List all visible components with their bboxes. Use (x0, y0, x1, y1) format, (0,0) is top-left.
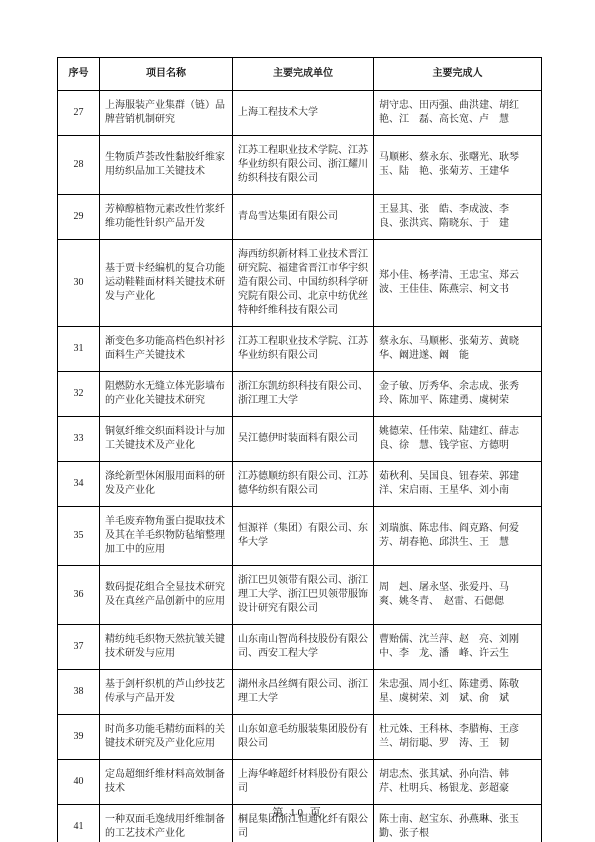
table-row: 40定岛超细纤维材料高效制备技术上海华峰超纤材料股份有限公司胡忠杰、张其斌、孙向… (58, 760, 542, 805)
cell-no: 29 (58, 195, 100, 240)
cell-project: 羊毛废弃物角蛋白提取技术及其在羊毛织物防毡缩整理加工中的应用 (100, 507, 233, 566)
table-row: 32阻燃防水无缝立体光影墙布的产业化关键技术研究浙江东凯纺织科技有限公司、浙江理… (58, 372, 542, 417)
cell-people: 蔡永东、马顺彬、张菊芳、黄晓华、阚进遂、阚 能 (374, 327, 542, 372)
cell-project: 生物质芦荟改性黏胶纤维家用纺织品加工关键技术 (100, 136, 233, 195)
cell-units: 山东如意毛纺服装集团股份有限公司 (233, 715, 374, 760)
table-body: 27上海服装产业集群（链）品牌营销机制研究上海工程技术大学胡守忠、田丙强、曲洪建… (58, 91, 542, 842)
table-row: 36数码提花组合全显技术研究及在真丝产品创新中的应用浙江巴贝领带有限公司、浙江理… (58, 566, 542, 625)
table-row: 39时尚多功能毛精纺面料的关键技术研究及产业化应用山东如意毛纺服装集团股份有限公… (58, 715, 542, 760)
page-number: 第 10 页 (0, 804, 595, 820)
document-page: 序号 项目名称 主要完成单位 主要完成人 27上海服装产业集群（链）品牌营销机制… (0, 0, 595, 842)
cell-units: 湖州永昌丝绸有限公司、浙江理工大学 (233, 670, 374, 715)
cell-project: 芳樟醇植物元素改性竹浆纤维功能性针织产品开发 (100, 195, 233, 240)
cell-project: 时尚多功能毛精纺面料的关键技术研究及产业化应用 (100, 715, 233, 760)
cell-no: 35 (58, 507, 100, 566)
cell-people: 刘瑞旗、陈忠伟、阎克路、何爱芳、胡春艳、邱洪生、王 慧 (374, 507, 542, 566)
cell-project: 精纺纯毛织物天然抗皱关键技术研发与应用 (100, 625, 233, 670)
cell-no: 31 (58, 327, 100, 372)
cell-no: 40 (58, 760, 100, 805)
cell-people: 王显其、张 皓、李成波、李 良、张洪宾、隋晓东、于 建 (374, 195, 542, 240)
cell-people: 胡忠杰、张其斌、孙向浩、韩 芹、杜明兵、杨银龙、彭超豪 (374, 760, 542, 805)
cell-units: 海西纺织新材料工业技术晋江研究院、福建省晋江市华宇织造有限公司、中国纺织科学研究… (233, 240, 374, 327)
cell-no: 38 (58, 670, 100, 715)
cell-people: 胡守忠、田丙强、曲洪建、胡红艳、江 磊、高长宽、卢 慧 (374, 91, 542, 136)
cell-people: 杜元姝、王科林、李腊梅、王彦兰、胡衍聪、罗 涛、王 韧 (374, 715, 542, 760)
cell-project: 上海服装产业集群（链）品牌营销机制研究 (100, 91, 233, 136)
col-header-project: 项目名称 (100, 58, 233, 91)
table-row: 38基于剑杆织机的芦山纱技艺传承与产品开发湖州永昌丝绸有限公司、浙江理工大学朱忠… (58, 670, 542, 715)
cell-people: 马顺彬、蔡永东、张曙光、耿琴玉、陆 艳、张菊芳、王建华 (374, 136, 542, 195)
cell-units: 吴江德伊时装面料有限公司 (233, 417, 374, 462)
cell-units: 江苏工程职业技术学院、江苏华业纺织有限公司 (233, 327, 374, 372)
table-row: 37精纺纯毛织物天然抗皱关键技术研发与应用山东南山智尚科技股份有限公司、西安工程… (58, 625, 542, 670)
cell-no: 36 (58, 566, 100, 625)
cell-project: 涤纶新型休闲服用面料的研发及产业化 (100, 462, 233, 507)
cell-units: 青岛雪达集团有限公司 (233, 195, 374, 240)
cell-people: 郑小佳、杨孝清、王忠宝、郑云波、王佳佳、陈燕宗、柯文书 (374, 240, 542, 327)
cell-units: 山东南山智尚科技股份有限公司、西安工程大学 (233, 625, 374, 670)
cell-people: 曹贻儒、沈兰萍、赵 亮、刘刚中、李 龙、潘 峰、许云生 (374, 625, 542, 670)
cell-no: 30 (58, 240, 100, 327)
table-row: 30基于贾卡经编机的复合功能运动鞋鞋面材料关键技术研发与产业化海西纺织新材料工业… (58, 240, 542, 327)
table-row: 33铜氨纤维交织面料设计与加工关键技术及产业化吴江德伊时装面料有限公司姚德荣、任… (58, 417, 542, 462)
cell-project: 数码提花组合全显技术研究及在真丝产品创新中的应用 (100, 566, 233, 625)
cell-units: 上海工程技术大学 (233, 91, 374, 136)
cell-no: 37 (58, 625, 100, 670)
table-row: 29芳樟醇植物元素改性竹浆纤维功能性针织产品开发青岛雪达集团有限公司王显其、张 … (58, 195, 542, 240)
col-header-units: 主要完成单位 (233, 58, 374, 91)
cell-people: 茹秋利、吴国良、钮春荣、郭建洋、宋启雨、王星华、刘小南 (374, 462, 542, 507)
table-row: 34涤纶新型休闲服用面料的研发及产业化江苏德顺纺织有限公司、江苏德华纺织有限公司… (58, 462, 542, 507)
awards-table: 序号 项目名称 主要完成单位 主要完成人 27上海服装产业集群（链）品牌营销机制… (57, 57, 542, 842)
table-row: 27上海服装产业集群（链）品牌营销机制研究上海工程技术大学胡守忠、田丙强、曲洪建… (58, 91, 542, 136)
cell-project: 铜氨纤维交织面料设计与加工关键技术及产业化 (100, 417, 233, 462)
table-row: 28生物质芦荟改性黏胶纤维家用纺织品加工关键技术江苏工程职业技术学院、江苏华业纺… (58, 136, 542, 195)
cell-no: 33 (58, 417, 100, 462)
cell-no: 32 (58, 372, 100, 417)
col-header-people: 主要完成人 (374, 58, 542, 91)
table-header-row: 序号 项目名称 主要完成单位 主要完成人 (58, 58, 542, 91)
cell-people: 姚德荣、任伟荣、陆建红、薛志良、徐 慧、钱学宦、方德明 (374, 417, 542, 462)
cell-people: 金子敏、厉秀华、余志成、张秀玲、陈加平、陈建勇、虞树荣 (374, 372, 542, 417)
cell-no: 28 (58, 136, 100, 195)
cell-people: 朱忠强、周小红、陈建勇、陈敬星、虞树荣、刘 斌、俞 斌 (374, 670, 542, 715)
cell-units: 浙江东凯纺织科技有限公司、浙江理工大学 (233, 372, 374, 417)
cell-no: 34 (58, 462, 100, 507)
cell-no: 39 (58, 715, 100, 760)
cell-project: 定岛超细纤维材料高效制备技术 (100, 760, 233, 805)
cell-units: 恒源祥（集团）有限公司、东华大学 (233, 507, 374, 566)
cell-no: 27 (58, 91, 100, 136)
cell-project: 基于剑杆织机的芦山纱技艺传承与产品开发 (100, 670, 233, 715)
cell-units: 江苏德顺纺织有限公司、江苏德华纺织有限公司 (233, 462, 374, 507)
table-row: 31渐变色多功能高档色织衬衫面料生产关键技术江苏工程职业技术学院、江苏华业纺织有… (58, 327, 542, 372)
cell-units: 浙江巴贝领带有限公司、浙江理工大学、浙江巴贝领带服饰设计研究有限公司 (233, 566, 374, 625)
cell-units: 江苏工程职业技术学院、江苏华业纺织有限公司、浙江耀川纺织科技有限公司 (233, 136, 374, 195)
col-header-no: 序号 (58, 58, 100, 91)
cell-project: 基于贾卡经编机的复合功能运动鞋鞋面材料关键技术研发与产业化 (100, 240, 233, 327)
cell-project: 阻燃防水无缝立体光影墙布的产业化关键技术研究 (100, 372, 233, 417)
cell-project: 渐变色多功能高档色织衬衫面料生产关键技术 (100, 327, 233, 372)
cell-units: 上海华峰超纤材料股份有限公司 (233, 760, 374, 805)
cell-people: 周 赳、屠永坚、张爱丹、马 爽、姚冬青、 赵雷、石偲偲 (374, 566, 542, 625)
table-row: 35羊毛废弃物角蛋白提取技术及其在羊毛织物防毡缩整理加工中的应用恒源祥（集团）有… (58, 507, 542, 566)
